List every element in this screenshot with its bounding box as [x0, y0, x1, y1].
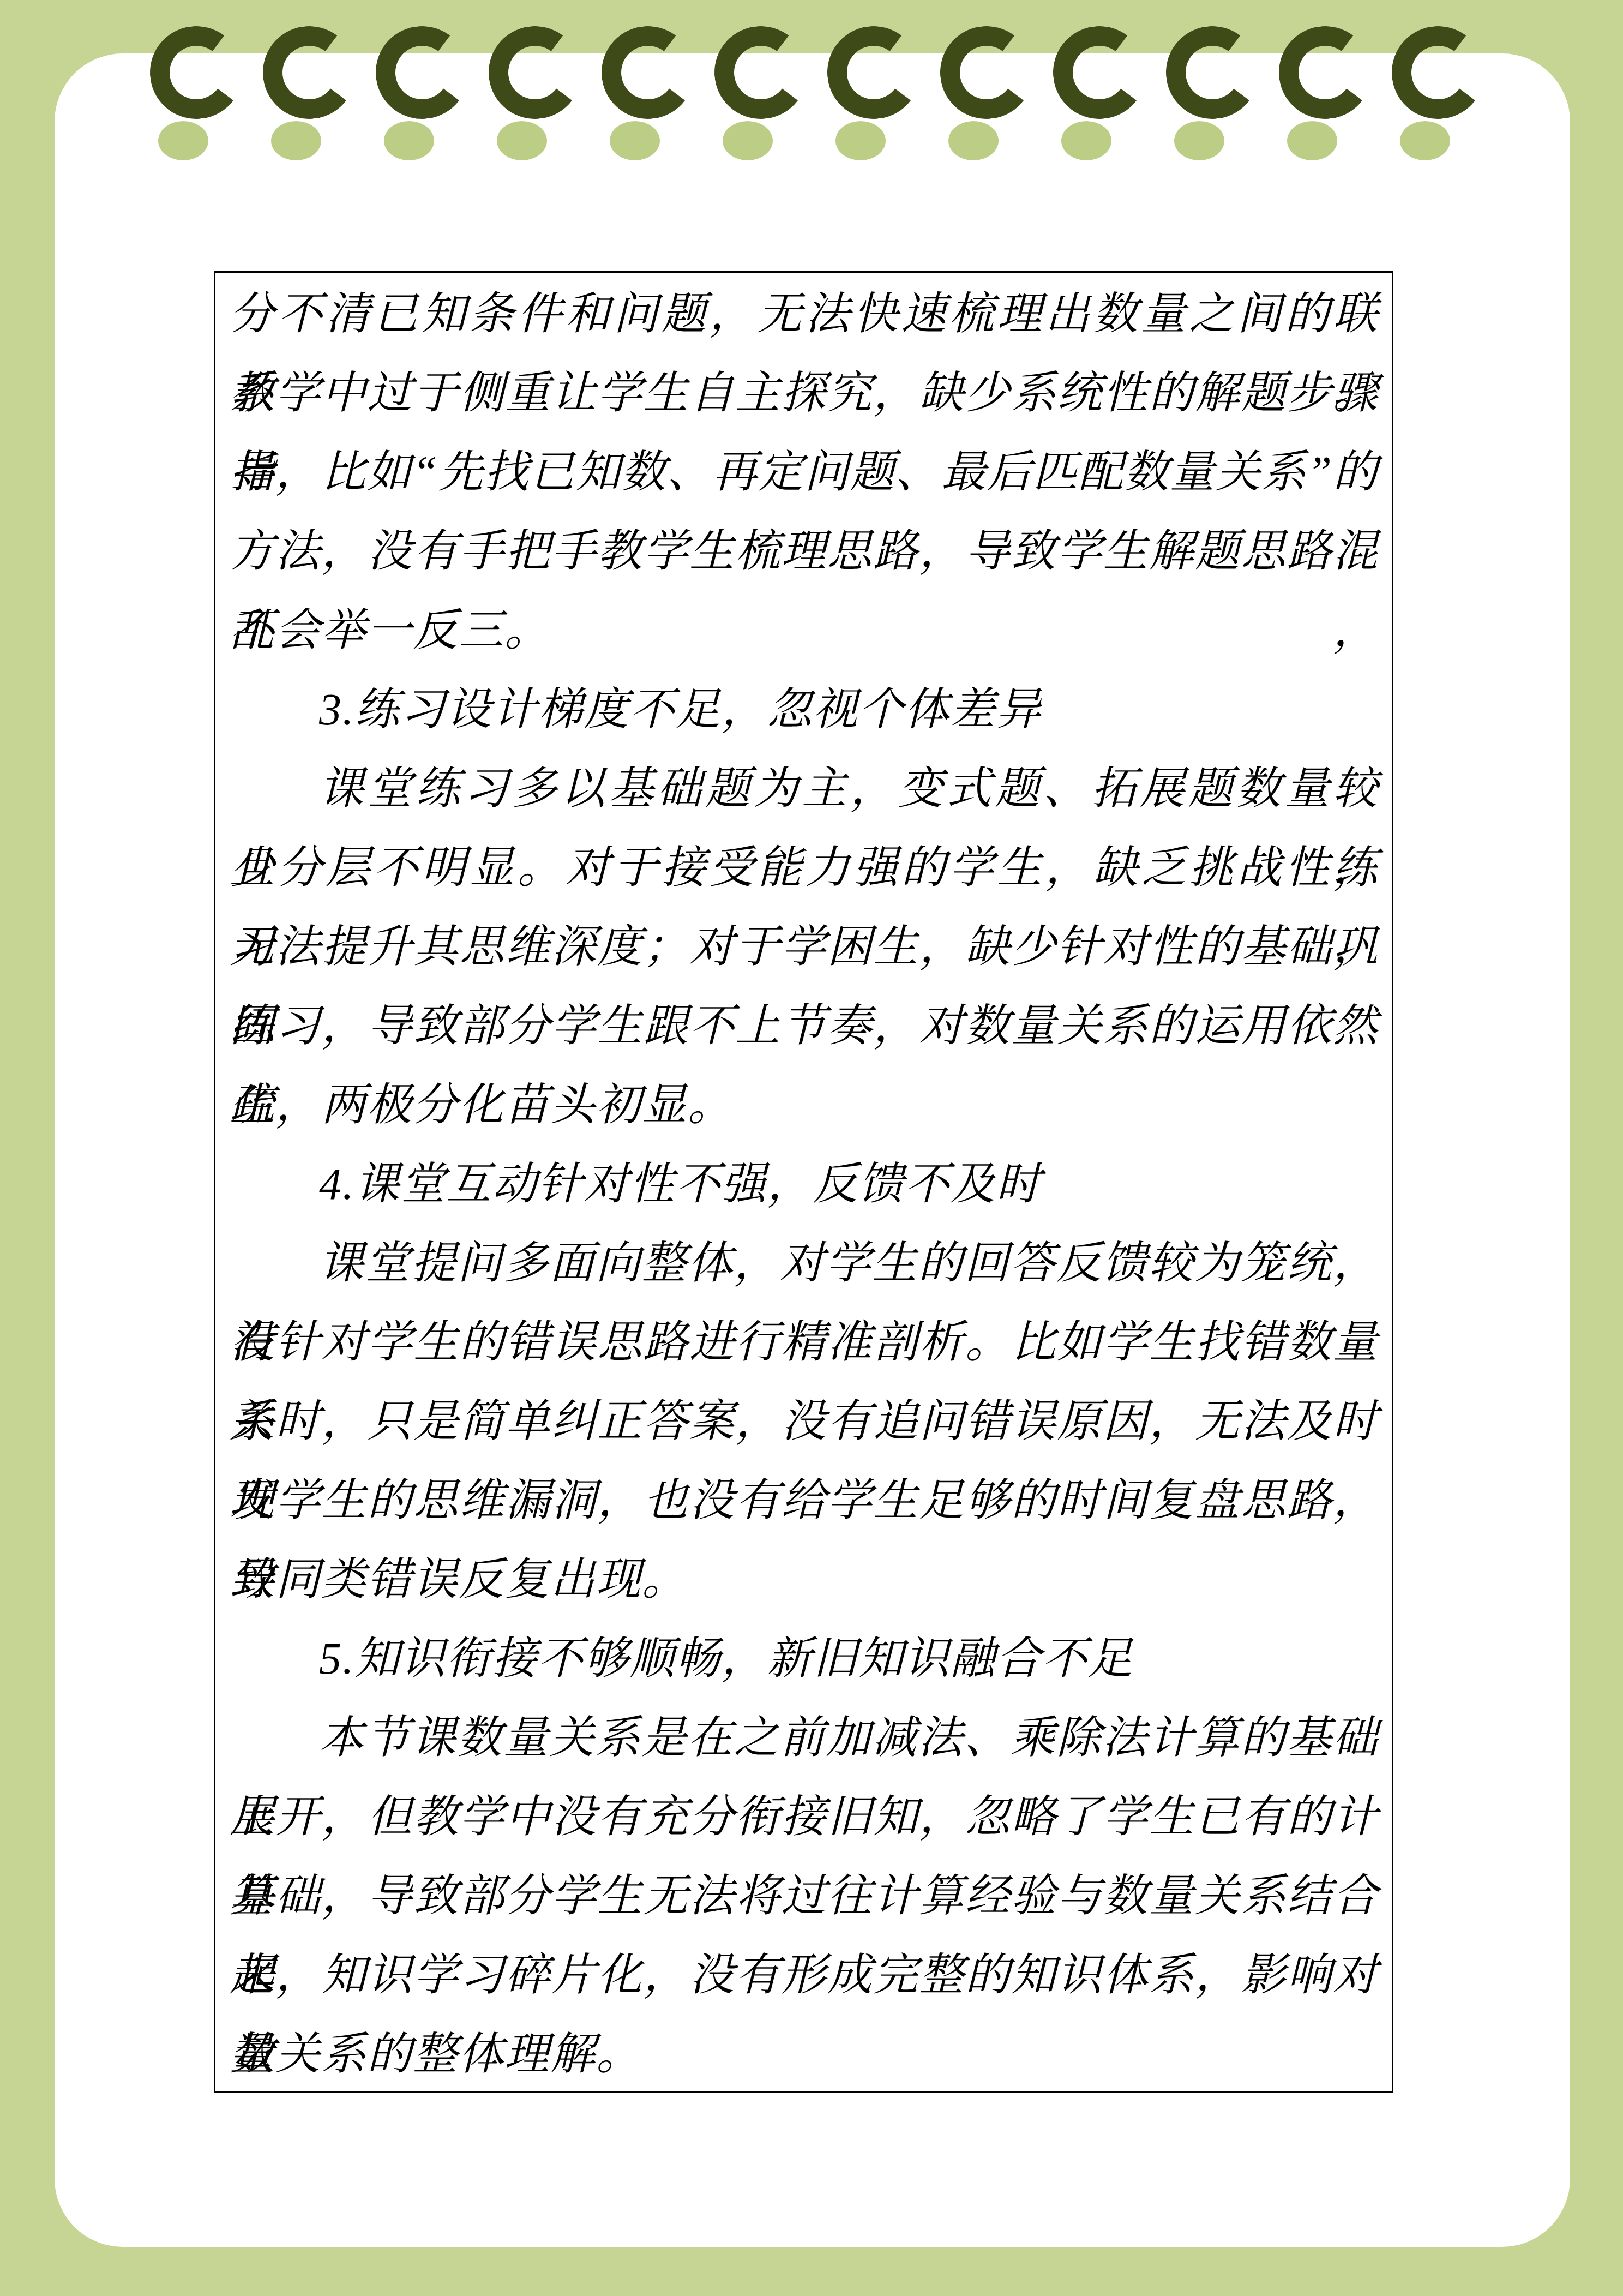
binder-hole-icon: [1174, 121, 1224, 160]
text-line: 分不清已知条件和问题，无法快速梳理出数量之间的联系。: [230, 274, 1378, 353]
binder-ring-unit: [1279, 0, 1392, 185]
text-line: 课堂提问多面向整体，对学生的回答反馈较为笼统，没: [230, 1224, 1378, 1303]
binder-hole-icon: [384, 121, 434, 160]
binder-hole-icon: [158, 121, 208, 160]
binder-ring-unit: [489, 0, 602, 185]
binder-ring-unit: [376, 0, 489, 185]
binder-ring-icon: [708, 20, 813, 125]
binder-ring-unit: [714, 0, 827, 185]
binder-ring-unit: [827, 0, 940, 185]
binder-ring-icon: [144, 20, 249, 125]
binder-ring-unit: [1392, 0, 1505, 185]
binder-ring-icon: [821, 20, 926, 125]
text-line: 现学生的思维漏洞，也没有给学生足够的时间复盘思路，导: [230, 1461, 1378, 1540]
binder-hole-icon: [723, 121, 773, 160]
notebook-page: 分不清已知条件和问题，无法快速梳理出数量之间的联系。教学中过于侧重让学生自主探究…: [0, 0, 1623, 2296]
text-line: 基础，导致部分学生无法将过往计算经验与数量关系结合起: [230, 1856, 1378, 1935]
text-line: 4.课堂互动针对性不强，反馈不及时: [230, 1144, 1378, 1224]
text-line: 3.练习设计梯度不足，忽视个体差异: [230, 670, 1378, 749]
binder-ring-icon: [370, 20, 474, 125]
binder-ring-unit: [1053, 0, 1166, 185]
text-line: 无法提升其思维深度；对于学困生，缺少针对性的基础巩固: [230, 907, 1378, 986]
binder-ring-unit: [602, 0, 714, 185]
text-line: 5.知识衔接不够顺畅，新旧知识融合不足: [230, 1619, 1378, 1698]
text-line: 疏，两极分化苗头初显。: [230, 1065, 1378, 1144]
binder-hole-icon: [497, 121, 547, 160]
binder-hole-icon: [1061, 121, 1111, 160]
binder-ring-icon: [1047, 20, 1152, 125]
binder-hole-icon: [610, 121, 660, 160]
text-line: 且分层不明显。对于接受能力强的学生，缺乏挑战性练习，: [230, 828, 1378, 907]
text-line: 有针对学生的错误思路进行精准剖析。比如学生找错数量关: [230, 1303, 1378, 1382]
text-frame: 分不清已知条件和问题，无法快速梳理出数量之间的联系。教学中过于侧重让学生自主探究…: [214, 271, 1393, 2093]
binder-ring-icon: [1160, 20, 1265, 125]
binder-hole-icon: [1400, 121, 1450, 160]
binder-ring-icon: [1273, 20, 1378, 125]
binder-hole-icon: [835, 121, 886, 160]
binder-hole-icon: [271, 121, 321, 160]
text-line: 展开，但教学中没有充分衔接旧知，忽略了学生已有的计算: [230, 1777, 1378, 1856]
binder-hole-icon: [948, 121, 999, 160]
binder-ring-icon: [596, 20, 700, 125]
text-line: 导，比如“先找已知数、再定问题、最后匹配数量关系”的: [230, 433, 1378, 512]
text-line: 来，知识学习碎片化，没有形成完整的知识体系，影响对数: [230, 1935, 1378, 2015]
binder-ring-unit: [263, 0, 376, 185]
binder-ring-unit: [150, 0, 263, 185]
text-line: 方法，没有手把手教学生梳理思路，导致学生解题思路混乱，: [230, 512, 1378, 591]
text-line: 致同类错误反复出现。: [230, 1540, 1378, 1619]
text-line: 本节课数量关系是在之前加减法、乘除法计算的基础上: [230, 1698, 1378, 1777]
binder-hole-icon: [1287, 121, 1337, 160]
binder-ring-unit: [1166, 0, 1279, 185]
binder-ring-unit: [940, 0, 1053, 185]
text-line: 系时，只是简单纠正答案，没有追问错误原因，无法及时发: [230, 1382, 1378, 1461]
binder-ring-icon: [483, 20, 587, 125]
binder-ring-icon: [934, 20, 1039, 125]
binder-ring-icon: [1386, 20, 1490, 125]
text-line: 练习，导致部分学生跟不上节奏，对数量关系的运用依然生: [230, 986, 1378, 1065]
text-line: 量关系的整体理解。: [230, 2015, 1378, 2093]
spiral-binding: [0, 0, 1623, 185]
text-line: 课堂练习多以基础题为主，变式题、拓展题数量较少，: [230, 749, 1378, 828]
text-line: 教学中过于侧重让学生自主探究，缺少系统性的解题步骤指: [230, 353, 1378, 433]
binder-ring-icon: [257, 20, 362, 125]
